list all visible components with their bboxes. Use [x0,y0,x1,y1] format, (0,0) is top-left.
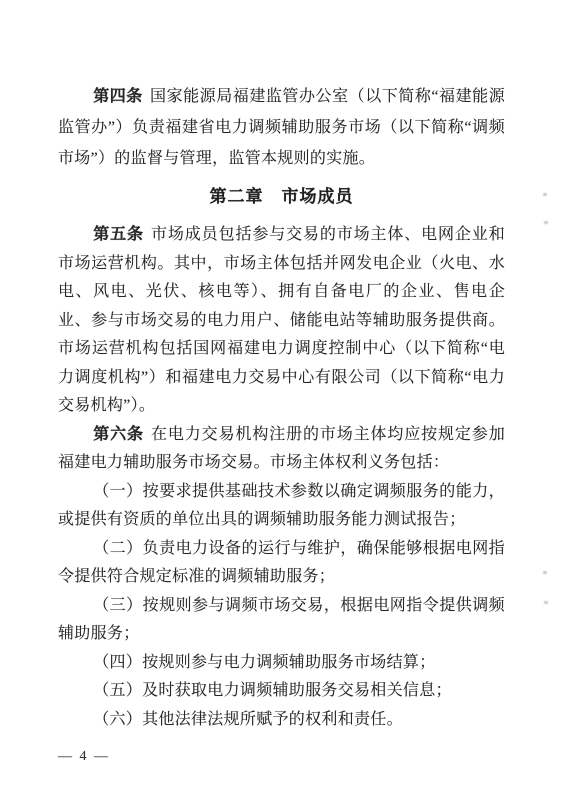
scan-speck [543,571,547,574]
document-page: 第四条国家能源局福建监管办公室（以下简称“福建能源监管办”）负责福建省电力调频辅… [0,0,565,800]
article-6-item-5: （五）及时获取电力调频辅助服务交易相关信息； [58,677,505,706]
article-6-item-6: （六）其他法律法规所赋予的权利和责任。 [58,706,505,735]
article-6-item-1: （一）按要求提供基础技术参数以确定调频服务的能力，或提供有资质的单位出具的调频辅… [58,478,505,535]
article-6-item-3: （三）按规则参与调频市场交易，根据电网指令提供调频辅助服务； [58,592,505,649]
article-5-label: 第五条 [93,226,144,243]
chapter-2-heading: 第二章 市场成员 [58,182,505,212]
scan-speck [543,193,547,196]
article-6-item-4: （四）按规则参与电力调频辅助服务市场结算； [58,649,505,678]
article-4-label: 第四条 [93,88,143,105]
article-6-paragraph: 第六条在电力交易机构注册的市场主体均应按规定参加福建电力辅助服务市场交易。市场主… [58,421,505,478]
article-6-item-2: （二）负责电力设备的运行与维护，确保能够根据电网指令提供符合规定标准的调频辅助服… [58,535,505,592]
article-4-paragraph: 第四条国家能源局福建监管办公室（以下简称“福建能源监管办”）负责福建省电力调频辅… [58,81,505,174]
scan-speck [544,221,548,224]
scan-speck [544,601,548,604]
page-number: — 4 — [58,747,505,767]
article-6-label: 第六条 [93,426,144,443]
article-5-text: 市场成员包括参与交易的市场主体、电网企业和市场运营机构。其中，市场主体包括并网发… [58,226,505,414]
article-5-paragraph: 第五条市场成员包括参与交易的市场主体、电网企业和市场运营机构。其中，市场主体包括… [58,221,505,421]
